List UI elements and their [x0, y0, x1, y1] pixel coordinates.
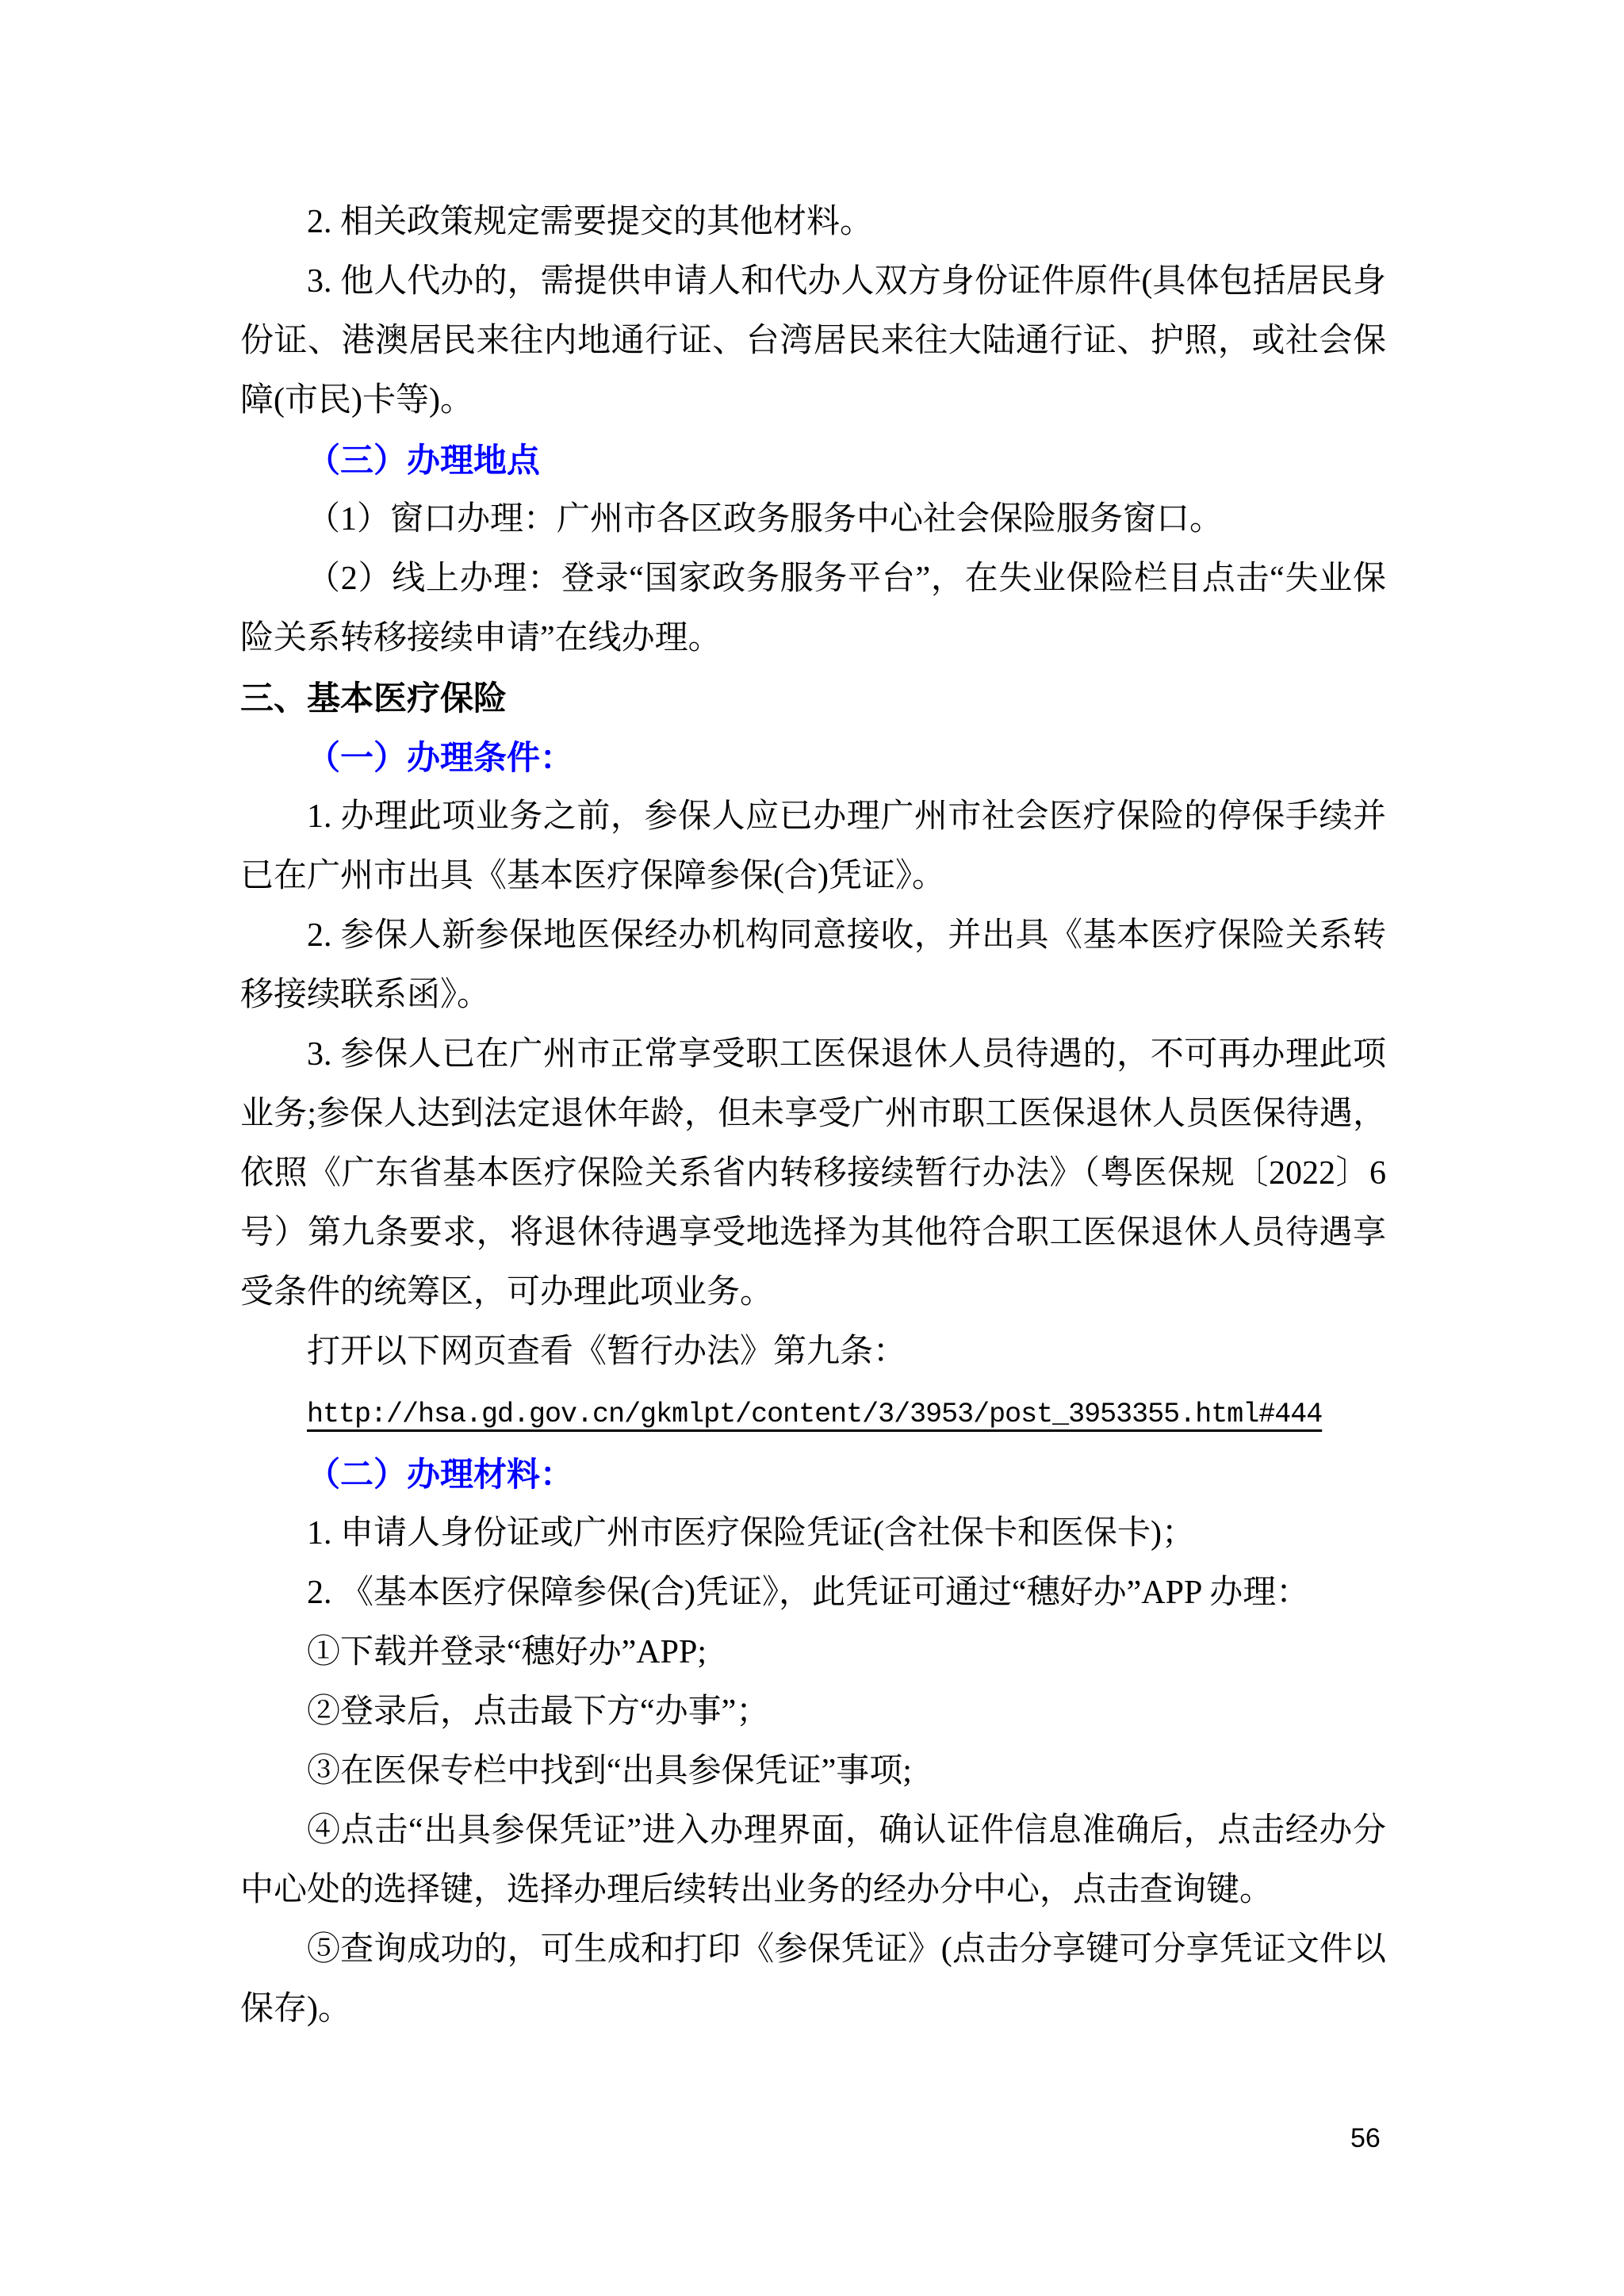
list-item-step-5: ⑤查询成功的，可生成和打印《参保凭证》(点击分享键可分享凭证文件以保存)。 — [240, 1920, 1386, 2039]
url-paragraph: http://hsa.gd.gov.cn/gkmlpt/content/3/39… — [240, 1382, 1386, 1445]
document-page: 2. 相关政策规定需要提交的其他材料。 3. 他人代办的，需提供申请人和代办人双… — [0, 0, 1624, 2296]
list-item-step-3: ③在医保专栏中找到“出具参保凭证”事项; — [240, 1742, 1386, 1801]
section-heading-materials: （二）办理材料： — [240, 1445, 1386, 1504]
paragraph: 2. 《基本医疗保障参保(合)凭证》，此凭证可通过“穗好办”APP 办理： — [240, 1563, 1386, 1623]
section-heading-location: （三）办理地点 — [240, 430, 1386, 490]
paragraph: 3. 参保人已在广州市正常享受职工医保退休人员待遇的，不可再办理此项业务;参保人… — [240, 1025, 1386, 1322]
list-item-step-2: ②登录后，点击最下方“办事”； — [240, 1682, 1386, 1742]
section-heading-conditions: （一）办理条件： — [240, 728, 1386, 787]
paragraph: 2. 参保人新参保地医保经办机构同意接收，并出具《基本医疗保险关系转移接续联系函… — [240, 906, 1386, 1025]
chapter-heading-medical-insurance: 三、基本医疗保险 — [240, 668, 1386, 728]
paragraph: 1. 办理此项业务之前，参保人应已办理广州市社会医疗保险的停保手续并已在广州市出… — [240, 787, 1386, 906]
list-item-step-1: ①下载并登录“穗好办”APP; — [240, 1623, 1386, 1682]
paragraph: （2）线上办理：登录“国家政务服务平台”，在失业保险栏目点击“失业保险关系转移接… — [240, 549, 1386, 668]
paragraph: 打开以下网页查看《暂行办法》第九条： — [240, 1322, 1386, 1382]
paragraph: 2. 相关政策规定需要提交的其他材料。 — [240, 193, 1386, 252]
paragraph: 3. 他人代办的，需提供申请人和代办人双方身份证件原件(具体包括居民身份证、港澳… — [240, 252, 1386, 430]
url-link[interactable]: http://hsa.gd.gov.cn/gkmlpt/content/3/39… — [307, 1399, 1322, 1430]
list-item-step-4: ④点击“出具参保凭证”进入办理界面，确认证件信息准确后，点击经办分中心处的选择键… — [240, 1801, 1386, 1920]
paragraph: 1. 申请人身份证或广州市医疗保险凭证(含社保卡和医保卡)； — [240, 1504, 1386, 1563]
document-body: 2. 相关政策规定需要提交的其他材料。 3. 他人代办的，需提供申请人和代办人双… — [240, 193, 1386, 2039]
paragraph: （1）窗口办理：广州市各区政务服务中心社会保险服务窗口。 — [240, 490, 1386, 549]
page-number: 56 — [1350, 2123, 1381, 2154]
